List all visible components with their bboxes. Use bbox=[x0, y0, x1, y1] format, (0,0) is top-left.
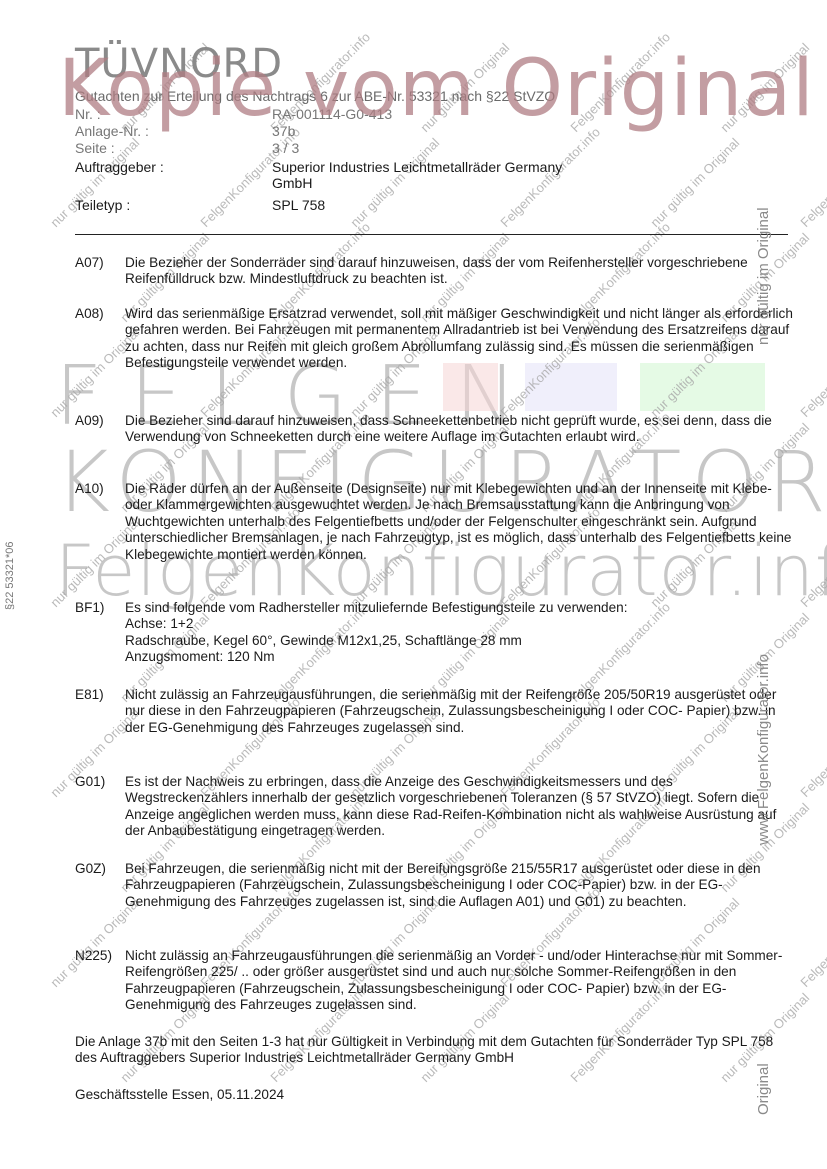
watermark-diagonal-text: FelgenKonfigurator.info bbox=[798, 884, 827, 990]
condition-a10: A10) Die Räder dürfen an der Außenseite … bbox=[75, 481, 795, 563]
field-value: SPL 758 bbox=[272, 197, 632, 213]
validity-note: Die Anlage 37b mit den Seiten 1-3 hat nu… bbox=[75, 1034, 795, 1067]
condition-code: N225) bbox=[75, 948, 123, 964]
field-label: Seite : bbox=[75, 140, 265, 156]
watermark-diagonal-text: FelgenKonfigurator.info bbox=[798, 694, 827, 800]
condition-text: Die Bezieher der Sonderräder sind darauf… bbox=[125, 255, 795, 288]
condition-text: Es ist der Nachweis zu erbringen, dass d… bbox=[125, 774, 795, 840]
condition-line: Anzugsmoment: 120 Nm bbox=[125, 649, 795, 665]
condition-a09: A09) Die Bezieher sind darauf hinzuweise… bbox=[75, 413, 795, 446]
condition-code: A09) bbox=[75, 413, 123, 429]
watermark-vertical-url: www.FelgenKonfigurator.info bbox=[755, 654, 772, 845]
condition-code: E81) bbox=[75, 687, 123, 703]
condition-code: A08) bbox=[75, 306, 123, 322]
header-divider bbox=[75, 234, 788, 235]
condition-line: Radschraube, Kegel 60°, Gewinde M12x1,25… bbox=[125, 633, 795, 649]
condition-code: G01) bbox=[75, 774, 123, 790]
condition-line: Es sind folgende vom Radhersteller mitzu… bbox=[125, 600, 795, 616]
condition-text: Die Bezieher sind darauf hinzuweisen, da… bbox=[125, 413, 795, 446]
condition-text: Nicht zulässig an Fahrzeugausführungen d… bbox=[125, 948, 795, 1014]
condition-code: G0Z) bbox=[75, 861, 123, 877]
watermark-diagonal-text: nur gültig im Original bbox=[648, 135, 743, 230]
condition-g01: G01) Es ist der Nachweis zu erbringen, d… bbox=[75, 774, 795, 840]
place-date: Geschäftsstelle Essen, 05.11.2024 bbox=[75, 1087, 795, 1103]
condition-text: Nicht zulässig an Fahrzeugausführungen, … bbox=[125, 687, 795, 736]
condition-bf1: BF1) Es sind folgende vom Radhersteller … bbox=[75, 600, 795, 666]
field-value: 3 / 3 bbox=[272, 140, 632, 156]
watermark-vertical-original: nur gültig im Original bbox=[755, 207, 772, 345]
watermark-kopie-vom-original: Kopie vom Original bbox=[58, 50, 815, 128]
condition-n225: N225) Nicht zulässig an Fahrzeugausführu… bbox=[75, 948, 795, 1014]
condition-e81: E81) Nicht zulässig an Fahrzeugausführun… bbox=[75, 687, 795, 736]
watermark-diagonal-text: FelgenKonfigurator.info bbox=[798, 314, 827, 420]
condition-code: BF1) bbox=[75, 600, 123, 616]
condition-text: Bei Fahrzeugen, die serienmäßig nicht mi… bbox=[125, 861, 795, 910]
field-label: Teiletyp : bbox=[75, 197, 265, 213]
condition-text: Die Räder dürfen an der Außenseite (Desi… bbox=[125, 481, 795, 563]
condition-line: Achse: 1+2 bbox=[125, 616, 795, 632]
watermark-vertical-original-bottom: Original bbox=[755, 1063, 772, 1115]
condition-g0z: G0Z) Bei Fahrzeugen, die serienmäßig nic… bbox=[75, 861, 795, 910]
watermark-diagonal-text: FelgenKonfigurator.info bbox=[798, 124, 827, 230]
condition-text: Wird das serienmäßige Ersatzrad verwende… bbox=[125, 306, 795, 372]
condition-code: A07) bbox=[75, 255, 123, 271]
condition-a08: A08) Wird das serienmäßige Ersatzrad ver… bbox=[75, 306, 795, 372]
condition-a07: A07) Die Bezieher der Sonderräder sind d… bbox=[75, 255, 795, 288]
margin-reference: §22 53321*06 bbox=[4, 541, 16, 610]
condition-code: A10) bbox=[75, 481, 123, 497]
field-value: Superior Industries Leichtmetallräder Ge… bbox=[272, 159, 602, 191]
field-label: Auftraggeber : bbox=[75, 159, 265, 175]
